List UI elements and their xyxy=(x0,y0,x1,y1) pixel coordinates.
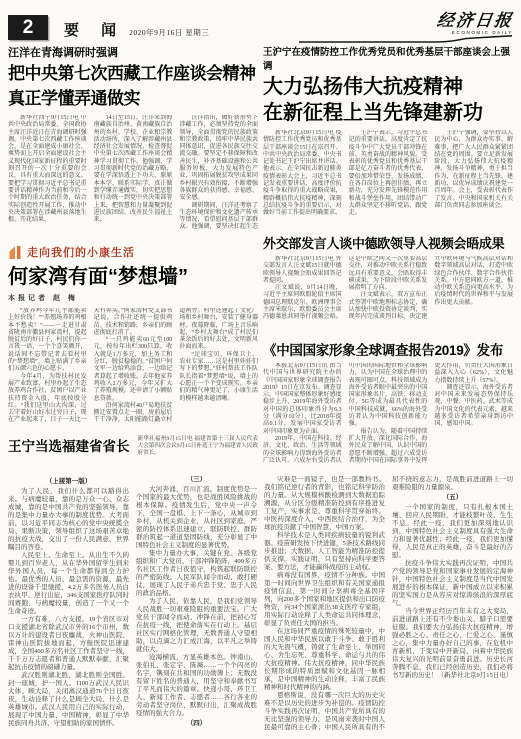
newspaper-page: 2 要 闻 2020年9月16日 星期三 经济日报 ECONOMIC DAILY… xyxy=(0,0,521,739)
paragraph: 本报北京9月15日讯 由当代中国与世界研究院主办的《中国国家形象全球调查报告20… xyxy=(263,363,342,436)
paragraph: 灾难是一面镜子，也是一部教科书。我们铭记逆行者的背影，也铭记科学防治的力量。从大… xyxy=(264,476,385,532)
paragraph: （五） xyxy=(392,494,513,502)
paragraph: 王沪宁强调，要坚持以人民为中心，为群众办实事、解难事，把广大人民群众紧紧团结在党… xyxy=(434,130,513,210)
paragraph: （四） xyxy=(136,720,257,728)
paragraph: 王沪宁表示，习近平总书记的重要讲话，高度肯定了抗疫斗争中广大党员干部冲锋在前、英… xyxy=(349,130,428,218)
paragraph: 沧海横流，方显英雄本色。钟南山、张伯礼、张定宇、陈薇……一个个闪亮的名字，镌刻在… xyxy=(136,654,257,718)
section-title: 要 闻 xyxy=(64,22,125,40)
article-headline-line1: 大力弘扬伟大抗疫精神 xyxy=(263,74,513,100)
page-header: 2 要 闻 2020年9月16日 星期三 经济日报 ECONOMIC DAILY xyxy=(8,8,513,40)
article-headline: 外交部发言人谈中德欧领导人视频会晤成果 xyxy=(263,236,513,252)
paragraph: 科学技术是人类同疾病较量的锐利武器。疫苗研发按下快进键，5条技术路线同步推进；大… xyxy=(264,532,385,572)
paragraph: “放养鸡今年几乎都能卖上好价钱！”“养殖场养的鸡根本不愁卖！”——一走进甘肃省陇… xyxy=(8,308,87,374)
left-column: 汪洋在青海调研时强调 把中央第七次西藏工作座谈会精神 真正学懂弄通做实 新华社西… xyxy=(8,46,258,457)
article-pandemic: 王沪宁在疫情防控工作优秀党员和优秀基层干部座谈会上强调 大力弘扬伟大抗疫精神 在… xyxy=(263,46,513,222)
masthead-logo: 经济日报 xyxy=(436,12,515,30)
article-headline-line1: 把中央第七次西藏工作座谈会精神 xyxy=(8,61,258,86)
paragraph: 新华社北京9月15日电 外交部发言人汪文斌15日就中德欧领导人视频会晤成果回答记… xyxy=(263,256,342,285)
article-body: 本报北京9月15日讯 由当代中国与世界研究院主办的《中国国家形象全球调查报告20… xyxy=(263,363,513,467)
paragraph: 大河奔涌，百川汇流。制度优势是一个国家的最大优势，也是战胜风险挑战的根本保障。疫… xyxy=(136,486,257,550)
right-column: 王沪宁在疫情防控工作优秀党员和优秀基层干部座谈会上强调 大力弘扬伟大抗疫精神 在… xyxy=(263,46,513,467)
article-headline: 王宁当选福建省省长 xyxy=(8,438,130,456)
article-hejiawan: 何家湾有面“梦想墙” 本报记者 赵 梅 “放养鸡今年几乎都能卖上好价钱！”“养殖… xyxy=(8,265,258,428)
byline: 本报记者 赵 梅 xyxy=(8,294,258,304)
paragraph: “一只鸡能卖60元至100元，按每年出栏300只算，收入就是1万多元，加上务工和… xyxy=(94,337,173,403)
article-continuation: （上接第一版）为了人民，我们什么都可以豁得出来。与病魔较量，靠的是万众一心、众志… xyxy=(8,476,513,732)
paragraph: 新华社西宁9月15日电 中共中央政治局常委、全国政协主席汪洋近日在青海调研时强调… xyxy=(8,115,87,224)
article-mofa: 外交部发言人谈中德欧领导人视频会晤成果 新华社北京9月15日电 外交部发言人汪文… xyxy=(263,236,513,328)
article-body: “放养鸡今年几乎都能卖上好价钱！”“养殖场养的鸡根本不愁卖！”——一走进甘肃省陇… xyxy=(8,308,258,428)
xiaokang-column-header: 走向我们的小康生活 xyxy=(8,245,258,260)
article-wangning: 王宁当选福建省省长 新华社福州9月15日电 福建省第十三届人民代表大会第四次会议… xyxy=(8,436,258,457)
paragraph: 在这场同严重疫情的殊死较量中，中国人民和中华民族以敢于斗争、敢于胜利的大无畏气概… xyxy=(264,628,385,692)
paragraph: 一方有难，八方支援。19个省区市对口支援湖北省除武汉市外的16个市州，数以万计的… xyxy=(8,616,129,672)
paragraph: 为了人民、依靠人民，是我们党领导人民战胜一切艰难险阻的重要法宝。广大党员干部闻令… xyxy=(136,598,257,654)
article-kicker: 汪洋在青海调研时强调 xyxy=(8,46,258,61)
article-headline-line2: 在新征程上当先锋建新功 xyxy=(263,100,513,126)
page-number-badge: 2 xyxy=(8,15,48,40)
paragraph: 集中力量办大事，关键在党。各级党组织和广大党员、干部冲锋陷阵，400多万名社区工… xyxy=(136,550,257,598)
paragraph: 新华社北京9月15日电 疫情防控工作优秀党员和优秀基层干部座谈会15日在京召开。… xyxy=(263,130,342,218)
article-image-report: 《中国国家形象全球调查报告2019》发布 本报北京9月15日讯 由当代中国与世界… xyxy=(263,343,513,467)
article-body: 新华社北京9月15日电 外交部发言人汪文斌15日就中德欧领导人视频会晤成果回答记… xyxy=(263,256,513,328)
paragraph: 一个国家的制度，只有扎根本国土壤、回应人民期盼，才能枝繁叶茂、生生不息。经此一疫… xyxy=(392,504,513,560)
article-tibet: 汪洋在青海调研时强调 把中央第七次西藏工作座谈会精神 真正学懂弄通做实 新华社西… xyxy=(8,46,258,237)
paragraph: （上接第一版） xyxy=(8,478,129,486)
article-body: 新华社北京9月15日电 疫情防控工作优秀党员和优秀基层干部座谈会15日在京召开。… xyxy=(263,130,513,222)
paragraph: 武汉胜则湖北胜，湖北胜则全国胜。封一座城，护一国人。1100万武汉人民识大体、顾… xyxy=(8,672,129,728)
paragraph: 病毒没有国界，疫情不分种族。中国第一时间向世界卫生组织和有关国家通报疫情信息，第… xyxy=(264,572,385,628)
article-headline-line2: 真正学懂弄通做实 xyxy=(8,86,258,111)
xiaokang-logo-icon xyxy=(8,245,22,260)
paragraph: 当今世界正经历百年未有之大变局，前进道路上还有不少娄山关、腊子口需要征服。我们要… xyxy=(392,608,513,680)
article-headline: 《中国国家形象全球调查报告2019》发布 xyxy=(263,343,513,359)
article-kicker: 王沪宁在疫情防控工作优秀党员和优秀基层干部座谈会上强调 xyxy=(263,46,513,74)
masthead: 经济日报 ECONOMIC DAILY xyxy=(298,12,513,43)
article-body: 新华社福州9月15日电 福建省第十三届人民代表大会第四次会议9月15日补选王宁为… xyxy=(138,436,259,457)
paragraph: 汪洋指出，做好新形势下涉藏工作，必须坚持党的全面领导，全面贯彻党的民族政策和宗教… xyxy=(179,115,258,203)
paragraph: 调查还显示，海外受访者对中国未来发展态势保持乐观，中餐、中医药、武术等成为中国文… xyxy=(434,385,513,429)
paragraph: 为了人民，我们什么都可以豁得出来。与病魔较量，靠的是万众一心、众志成城，靠的是中… xyxy=(8,488,129,552)
paragraph: （三） xyxy=(136,476,257,484)
page-date: 2020年9月16日 星期三 xyxy=(129,27,209,40)
article-headline: 何家湾有面“梦想墙” xyxy=(8,265,258,290)
xiaokang-column-label: 走向我们的小康生活 xyxy=(27,246,135,260)
article-body: 新华社西宁9月15日电 中共中央政治局常委、全国政协主席汪洋近日在青海调研时强调… xyxy=(8,115,258,237)
paragraph: 14日至15日，汪洋来到海南藏族自治州、黄南藏族自治州的乡村、学校、企业和宗教活… xyxy=(94,115,173,224)
paragraph: “足球宝贝、环保卫士、农业专家……这是村里娃娃们写下的梦想。”驻村帮扶工作队队长… xyxy=(179,352,258,403)
paragraph: 抗疫斗争伟大实践再次证明，中国共产党的领导是党和国家事业发展的定海神针，中国特色… xyxy=(392,560,513,608)
masthead-swoosh-icon xyxy=(298,35,513,43)
paragraph: 人民至上、生命至上。从出生不久的婴儿到百岁老人，从在华外国留学生到来华外国人员，… xyxy=(8,552,129,616)
